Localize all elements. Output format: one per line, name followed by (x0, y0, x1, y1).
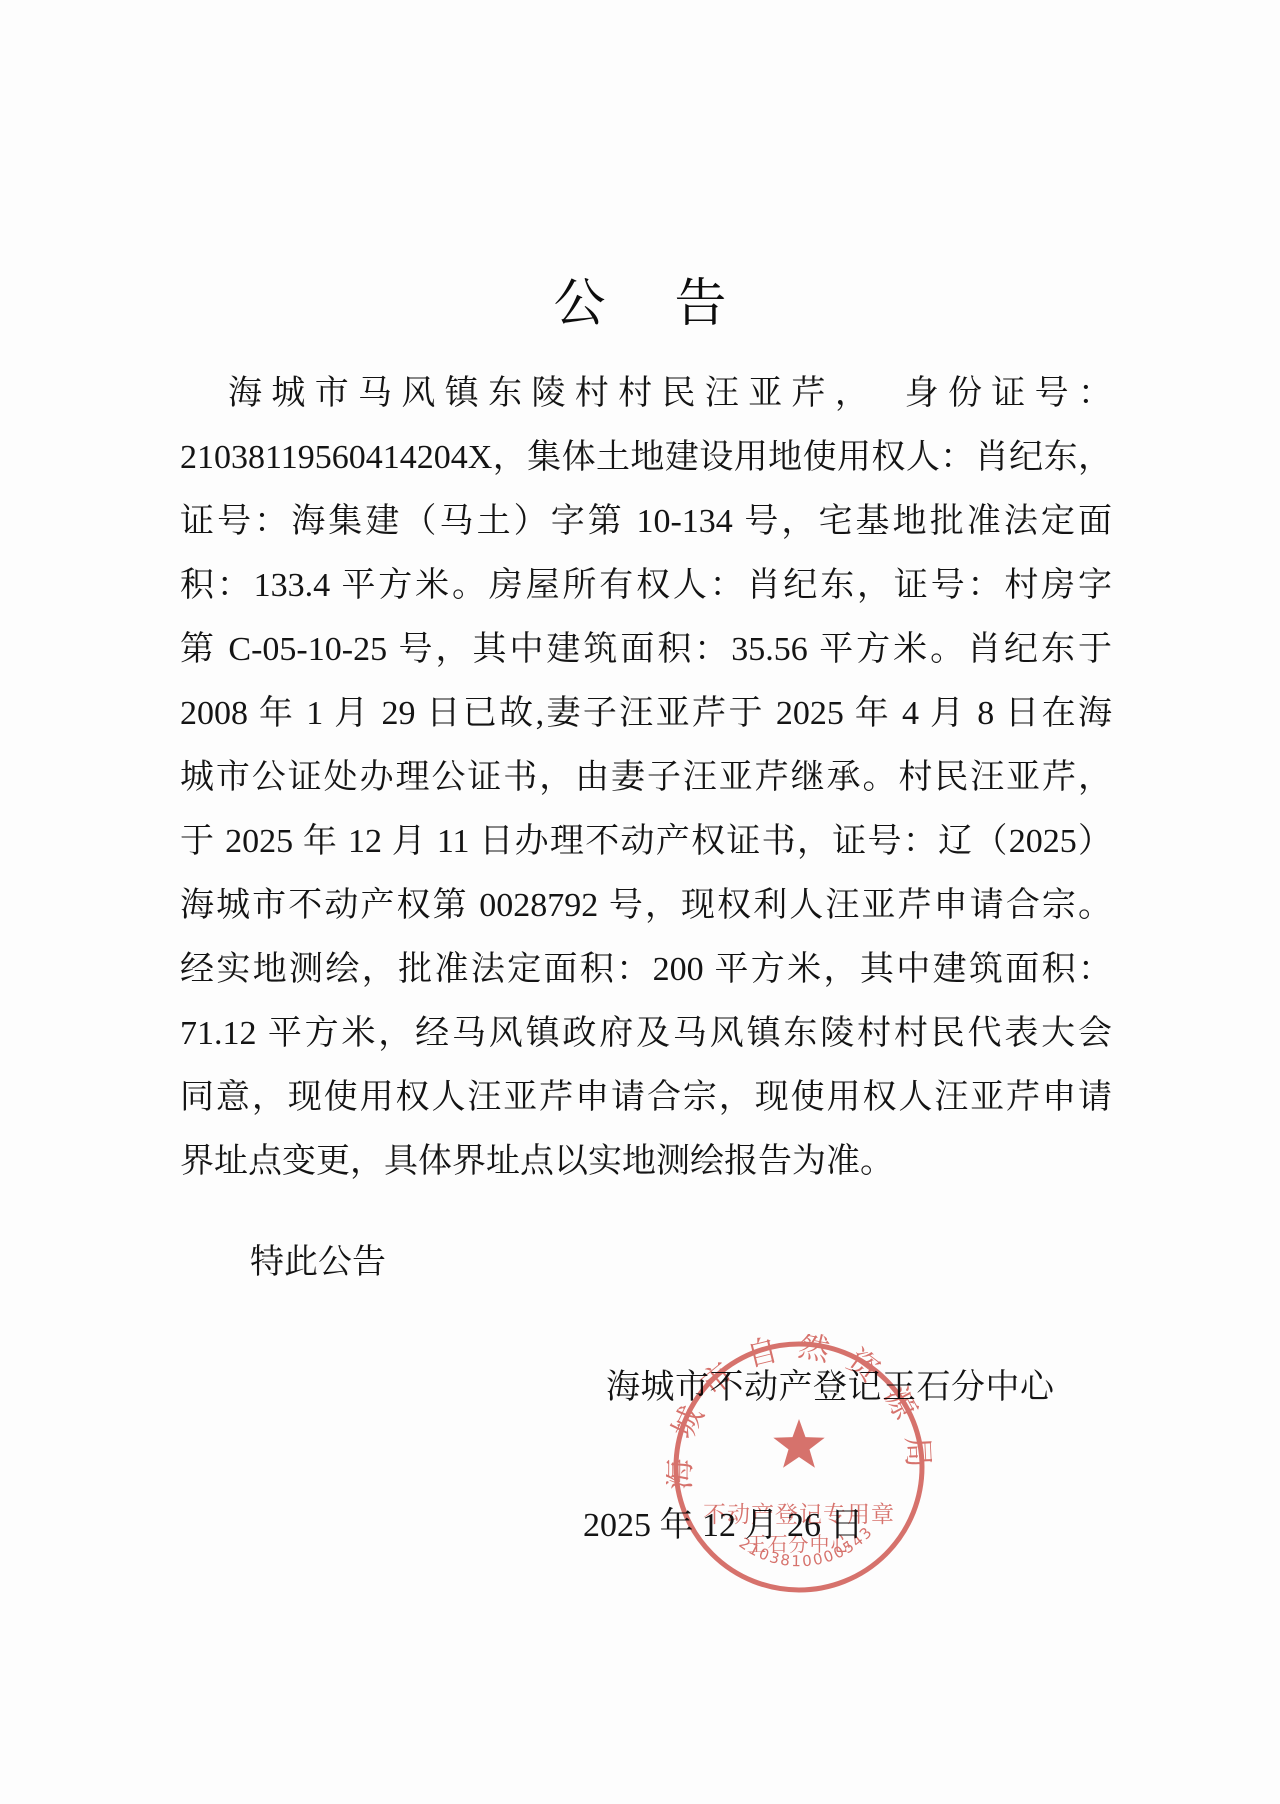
issue-date: 2025 年 12 月 26 日 (583, 1506, 864, 1547)
announcement-body: 海城市马风镇东陵村村民汪亚芹， 身份证号： 21038119560414204X… (180, 362, 1112, 1194)
issuer-name: 海城市不动产登记王石分中心 (606, 1368, 1055, 1409)
body-line: 于 2025 年 12 月 11 日办理不动产权证书，证号：辽（2025） (180, 810, 1112, 874)
body-line: 21038119560414204X，集体土地建设用地使用权人：肖纪东， (180, 426, 1112, 490)
body-line: 经实地测绘，批准法定面积：200 平方米，其中建筑面积： (180, 938, 1112, 1002)
body-line: 证号：海集建（马土）字第 10-134 号，宅基地批准法定面 (180, 490, 1112, 554)
body-line: 界址点变更，具体界址点以实地测绘报告为准。 (180, 1130, 1112, 1194)
body-line: 2008 年 1 月 29 日已故,妻子汪亚芹于 2025 年 4 月 8 日在… (180, 682, 1112, 746)
body-line: 海城市马风镇东陵村村民汪亚芹， 身份证号： (180, 362, 1112, 426)
body-line: 同意，现使用权人汪亚芹申请合宗，现使用权人汪亚芹申请 (180, 1066, 1112, 1130)
body-line: 第 C-05-10-25 号，其中建筑面积：35.56 平方米。肖纪东于 (180, 618, 1112, 682)
closing-phrase: 特此公告 (250, 1243, 386, 1284)
body-line: 71.12 平方米，经马风镇政府及马风镇东陵村村民代表大会 (180, 1002, 1112, 1066)
announcement-page: 公 告 海城市马风镇东陵村村民汪亚芹， 身份证号： 21038119560414… (0, 0, 1280, 1804)
seal-star-icon (773, 1419, 824, 1468)
body-line: 积：133.4 平方米。房屋所有权人：肖纪东，证号：村房字 (180, 554, 1112, 618)
body-line: 海城市不动产权第 0028792 号，现权利人汪亚芹申请合宗。 (180, 874, 1112, 938)
page-title: 公 告 (0, 276, 1280, 333)
seal-ring-text: 海城市自然资源局 (666, 1334, 932, 1490)
body-line: 城市公证处办理公证书，由妻子汪亚芹继承。村民汪亚芹， (180, 746, 1112, 810)
